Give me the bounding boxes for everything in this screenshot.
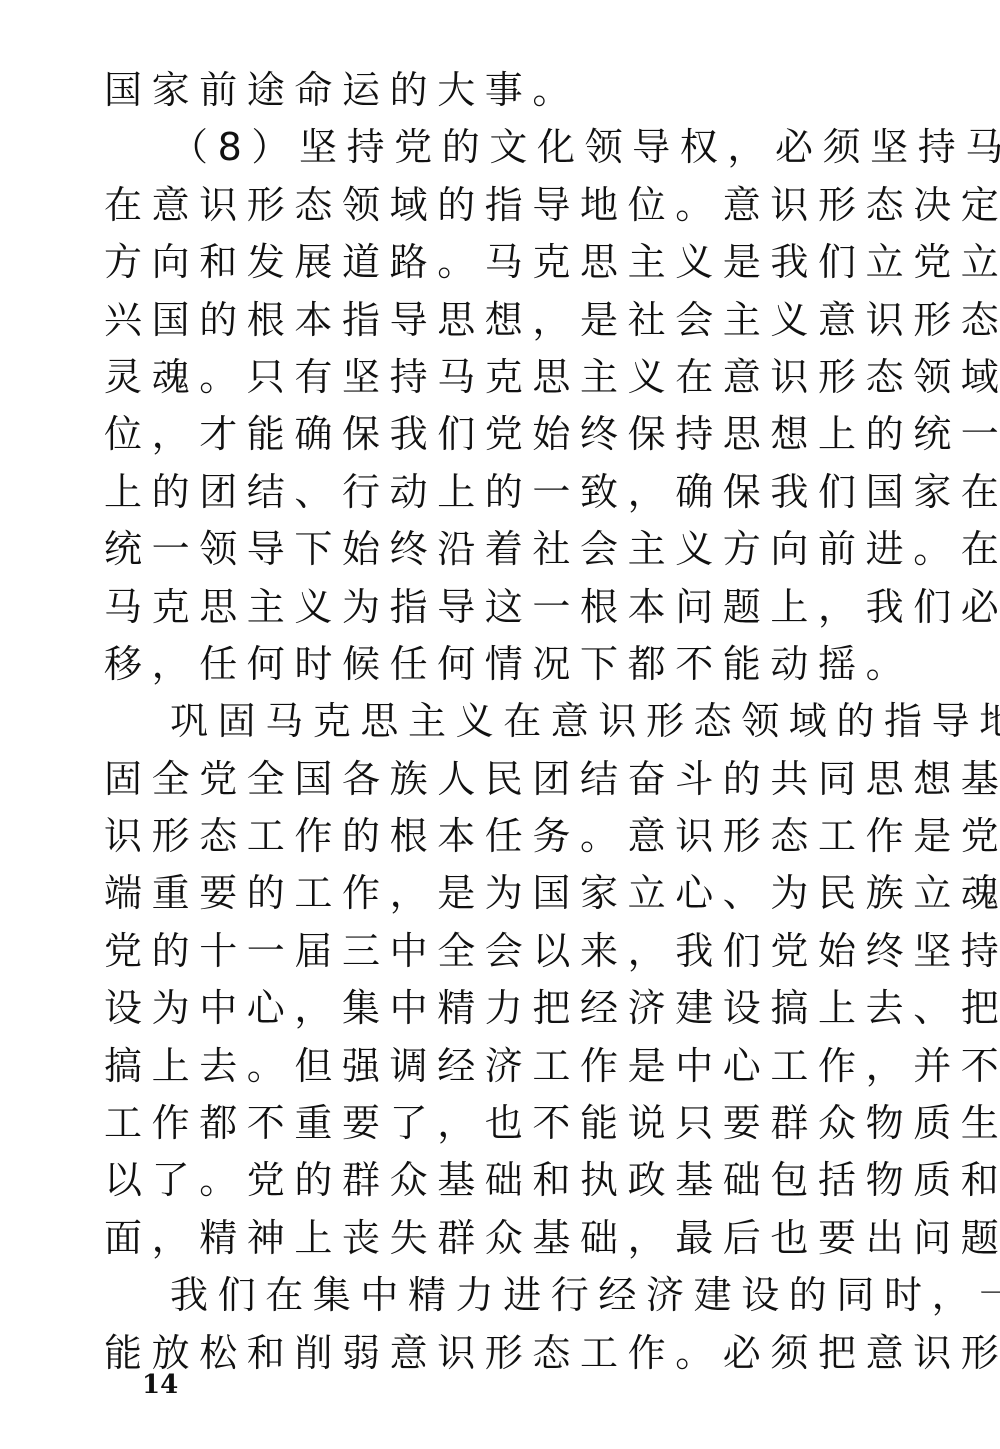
text-line: 固全党全国各族人民团结奋斗的共同思想基础，是意 <box>104 751 916 808</box>
page-number: 14 <box>142 1370 178 1400</box>
text-line: 党的十一届三中全会以来，我们党始终坚持以经济建 <box>104 923 916 980</box>
text-line: （8）坚持党的文化领导权，必须坚持马克思主义 <box>104 119 916 176</box>
text-line: 方向和发展道路。马克思主义是我们立党立国、兴党 <box>104 234 916 291</box>
text-line: 马克思主义为指导这一根本问题上，我们必须坚定不 <box>104 579 916 636</box>
text-line: 在意识形态领域的指导地位。意识形态决定文化前进 <box>104 177 916 234</box>
text-line: 以了。党的群众基础和执政基础包括物质和精神两方 <box>104 1152 916 1209</box>
text-line: 统一领导下始终沿着社会主义方向前进。在坚持以 <box>104 521 916 578</box>
text-line: 识形态工作的根本任务。意识形态工作是党的一项极 <box>104 808 916 865</box>
text-line: 上的团结、行动上的一致，确保我们国家在党的集中 <box>104 464 916 521</box>
text-line: 国家前途命运的大事。 <box>104 62 916 119</box>
text-line: 面，精神上丧失群众基础，最后也要出问题。 <box>104 1210 916 1267</box>
text-line: 位，才能确保我们党始终保持思想上的统一、政治 <box>104 406 916 463</box>
text-line: 能放松和削弱意识形态工作。必须把意识形态工作的 <box>104 1325 916 1382</box>
text-line: 工作都不重要了，也不能说只要群众物质生活好就可 <box>104 1095 916 1152</box>
text-line: 兴国的根本指导思想，是社会主义意识形态的旗帜和 <box>104 292 916 349</box>
text-line: 巩固马克思主义在意识形态领域的指导地位，巩 <box>104 693 916 750</box>
document-body: 国家前途命运的大事。 （8）坚持党的文化领导权，必须坚持马克思主义 在意识形态领… <box>104 62 916 1382</box>
text-line: 我们在集中精力进行经济建设的同时，一刻也不 <box>104 1267 916 1324</box>
text-line: 设为中心，集中精力把经济建设搞上去、把人民生活 <box>104 980 916 1037</box>
text-line: 灵魂。只有坚持马克思主义在意识形态领域的指导地 <box>104 349 916 406</box>
text-line: 端重要的工作，是为国家立心、为民族立魂的工作。 <box>104 865 916 922</box>
text-line: 搞上去。但强调经济工作是中心工作，并不是说其他 <box>104 1038 916 1095</box>
text-line: 移，任何时候任何情况下都不能动摇。 <box>104 636 916 693</box>
